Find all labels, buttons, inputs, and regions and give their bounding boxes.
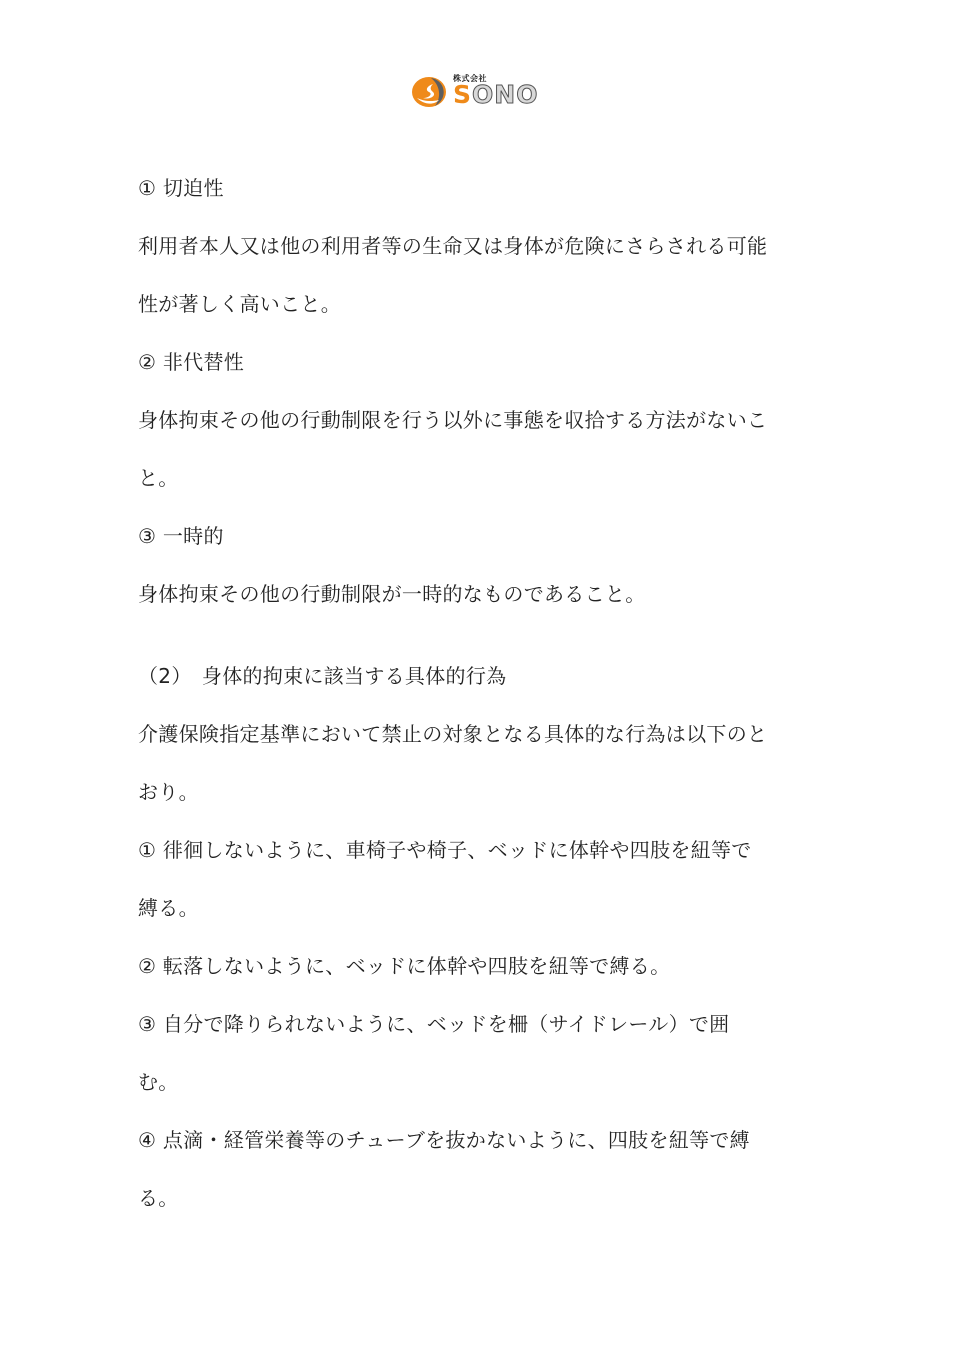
text-line: る。 xyxy=(138,1186,179,1210)
text-line: 性が著しく高いこと。 xyxy=(138,292,341,316)
text-line: 身体拘束その他の行動制限を行う以外に事態を収拾する方法がないこ xyxy=(138,408,767,432)
text-line: （2） 身体的拘束に該当する具体的行為 xyxy=(138,664,506,688)
text-line: ① 徘徊しないように、車椅子や椅子、ベッドに体幹や四肢を紐等で xyxy=(138,838,752,862)
logo-wordmark: SONO xyxy=(453,83,538,107)
text-line: ④ 点滴・経管栄養等のチューブを抜かないように、四肢を紐等で縛 xyxy=(138,1128,750,1152)
text-line: ① 切迫性 xyxy=(138,176,224,200)
text-line: おり。 xyxy=(138,780,199,804)
text-line: 利用者本人又は他の利用者等の生命又は身体が危険にさらされる可能 xyxy=(138,234,767,258)
text-line: ② 非代替性 xyxy=(138,350,244,374)
text-line: む。 xyxy=(138,1070,179,1094)
text-line: 介護保険指定基準において禁止の対象となる具体的な行為は以下のと xyxy=(138,722,767,746)
text-line: 身体拘束その他の行動制限が一時的なものであること。 xyxy=(138,582,646,606)
logo-swoosh-icon xyxy=(411,76,447,108)
logo-ono: ONO xyxy=(472,80,538,109)
text-line: 縛る。 xyxy=(138,896,199,920)
logo-s: S xyxy=(453,80,472,109)
text-line: ③ 自分で降りられないように、ベッドを柵（サイドレール）で囲 xyxy=(138,1012,730,1036)
text-line: ② 転落しないように、ベッドに体幹や四肢を紐等で縛る。 xyxy=(138,954,670,978)
text-line: と。 xyxy=(138,466,179,490)
text-line: ③ 一時的 xyxy=(138,524,224,548)
company-logo: 株式会社 SONO xyxy=(411,74,551,110)
